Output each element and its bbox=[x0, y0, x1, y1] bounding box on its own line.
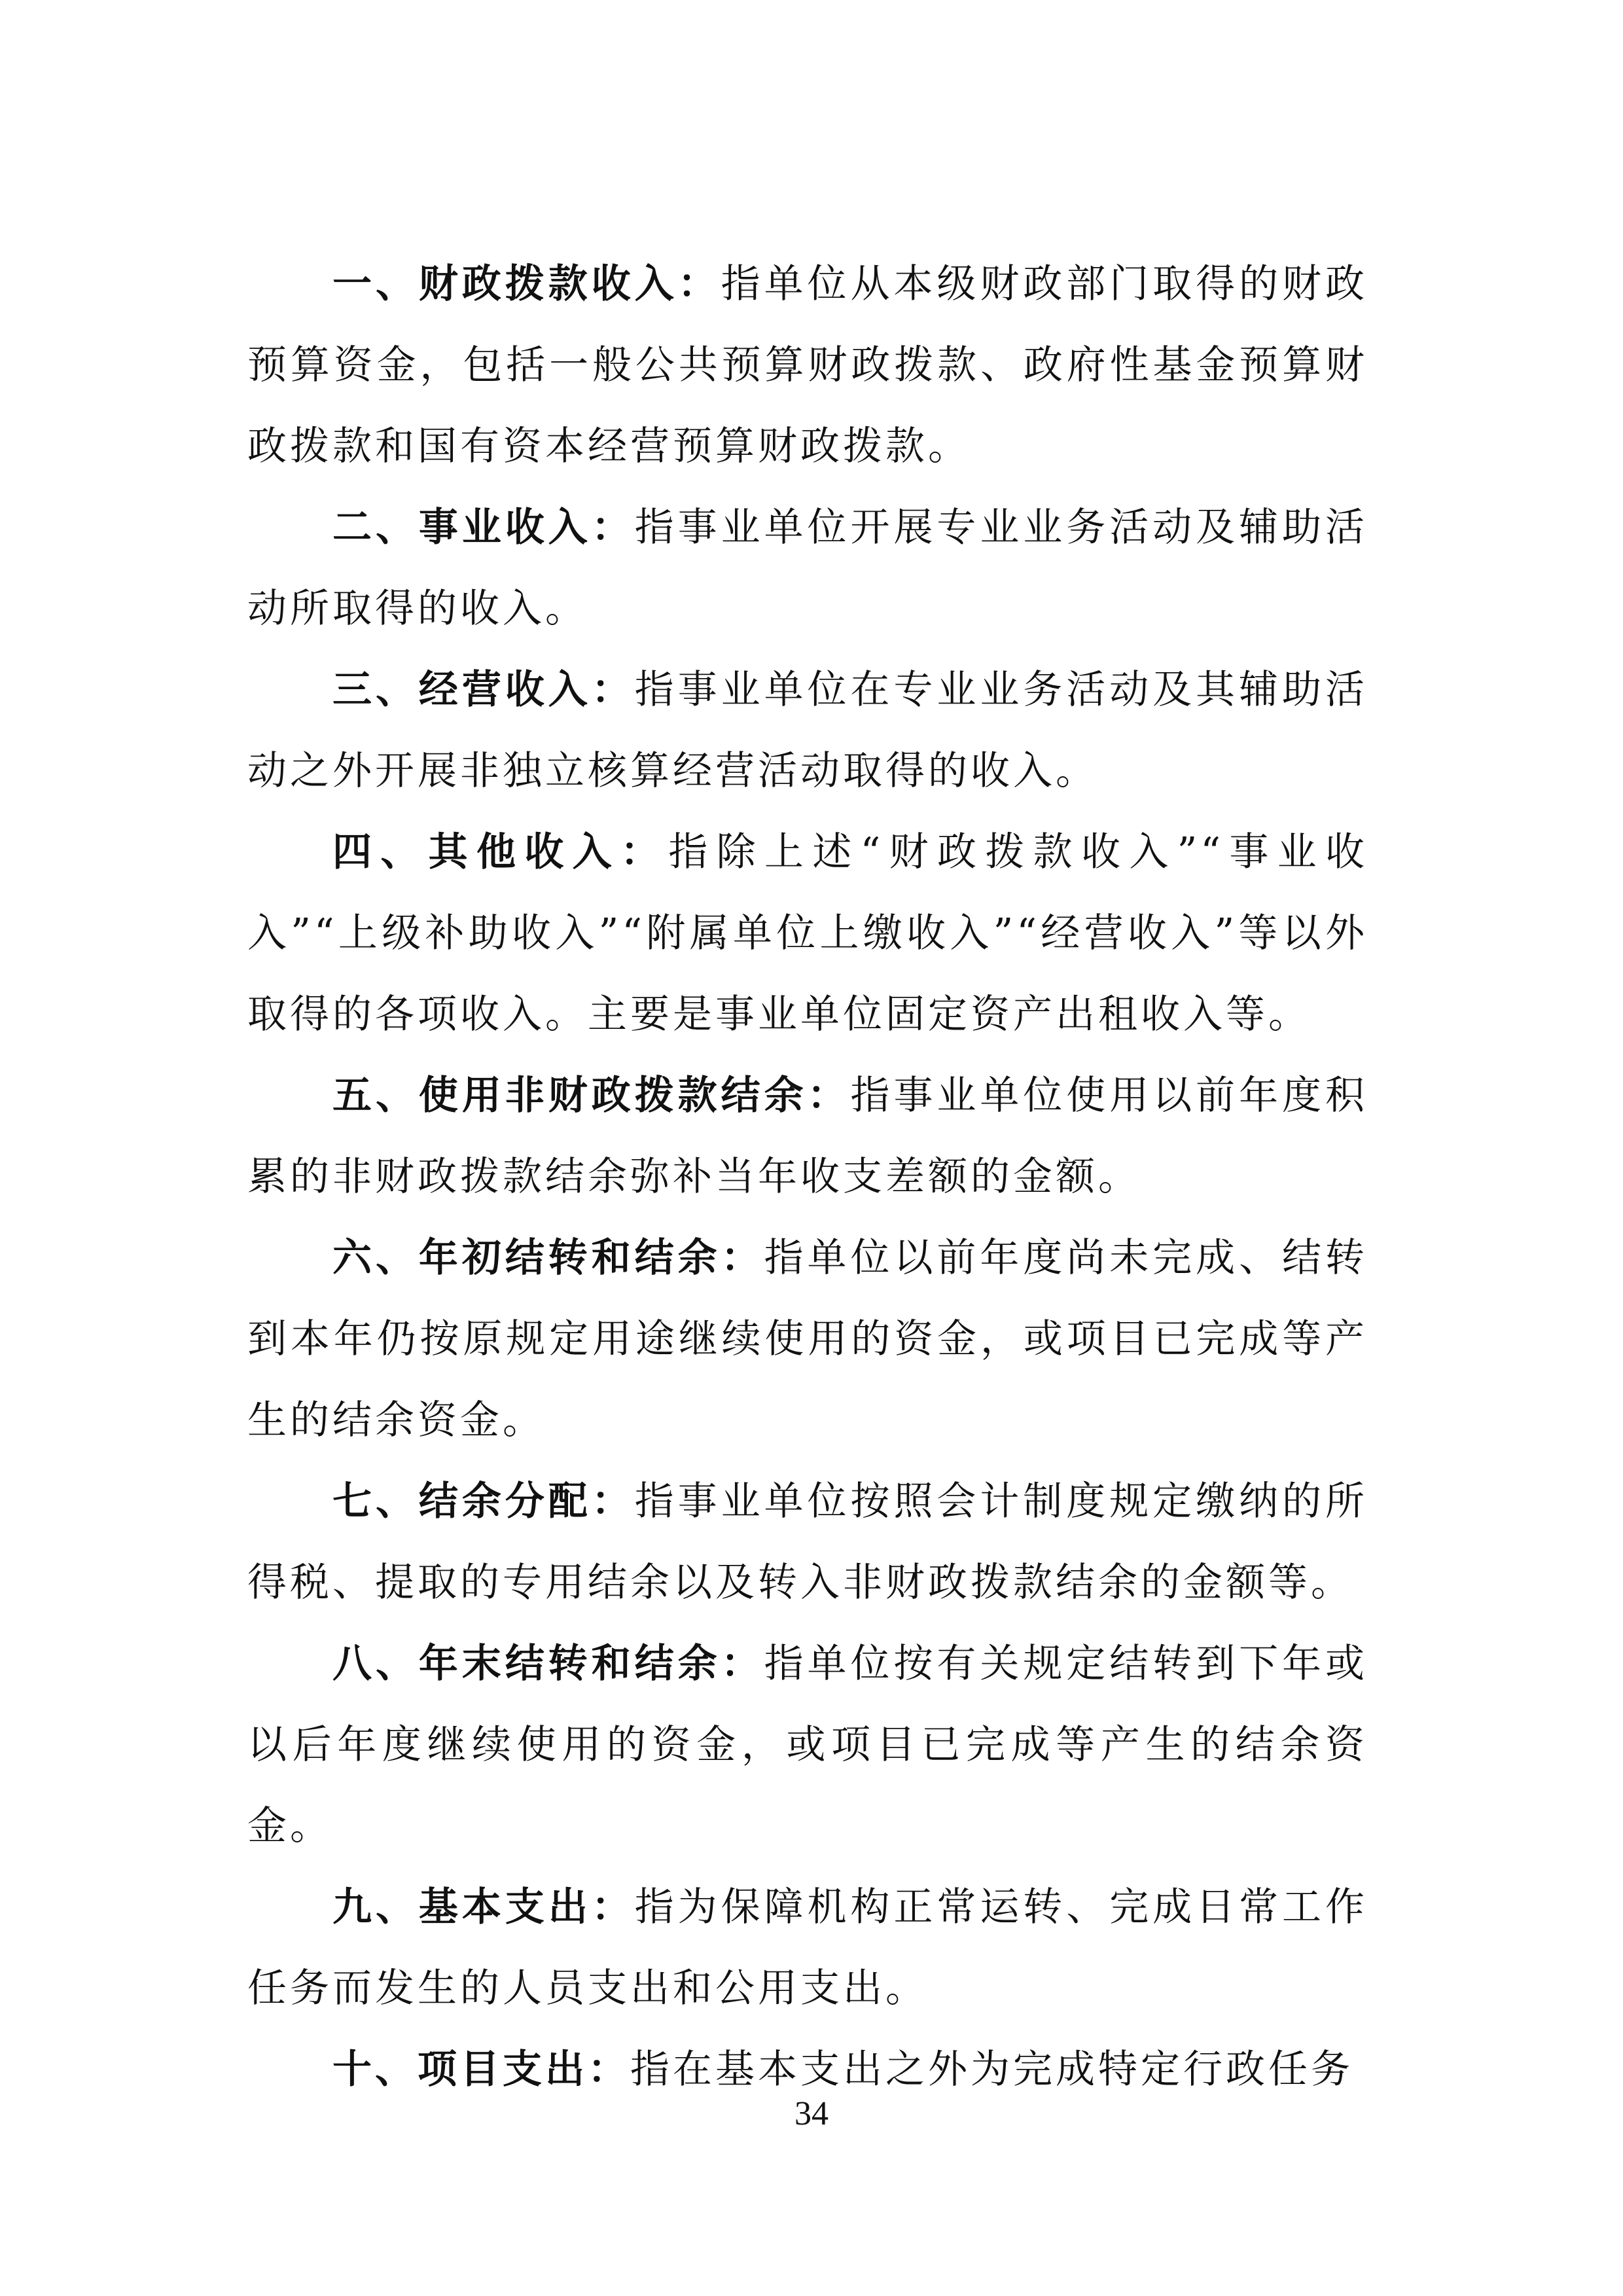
page-number: 34 bbox=[0, 2094, 1623, 2133]
definition-term: 二、事业收入： bbox=[332, 505, 635, 550]
definition-term: 四、其他收入： bbox=[332, 829, 668, 875]
definition-beginning-carryover: 六、年初结转和结余：指单位以前年度尚未完成、结转到本年仍按原规定用途继续使用的资… bbox=[247, 1217, 1368, 1461]
definition-term: 九、基本支出： bbox=[332, 1884, 635, 1930]
definition-term: 七、结余分配： bbox=[332, 1479, 635, 1524]
definition-other-income: 四、其他收入：指除上述“财政拨款收入”“事业收入”“上级补助收入”“附属单位上缴… bbox=[247, 812, 1368, 1055]
definition-business-income: 二、事业收入：指事业单位开展专业业务活动及辅助活动所取得的收入。 bbox=[247, 487, 1368, 649]
definition-term: 八、年末结转和结余： bbox=[332, 1641, 764, 1687]
definition-term: 六、年初结转和结余： bbox=[332, 1235, 764, 1281]
definition-text: 指在基本支出之外为完成特定行政任务 bbox=[630, 2047, 1353, 2092]
definition-fiscal-appropriation-income: 一、财政拨款收入：指单位从本级财政部门取得的财政预算资金，包括一般公共预算财政拨… bbox=[247, 243, 1368, 487]
document-body: 一、财政拨款收入：指单位从本级财政部门取得的财政预算资金，包括一般公共预算财政拨… bbox=[247, 243, 1368, 2110]
definition-year-end-carryover: 八、年末结转和结余：指单位按有关规定结转到下年或以后年度继续使用的资金，或项目已… bbox=[247, 1623, 1368, 1867]
definition-operating-income: 三、经营收入：指事业单位在专业业务活动及其辅助活动之外开展非独立核算经营活动取得… bbox=[247, 649, 1368, 812]
definition-term: 五、使用非财政拨款结余： bbox=[332, 1073, 850, 1119]
definition-use-of-non-fiscal-balance: 五、使用非财政拨款结余：指事业单位使用以前年度积累的非财政拨款结余弥补当年收支差… bbox=[247, 1055, 1368, 1217]
definition-term: 十、项目支出： bbox=[332, 2047, 630, 2092]
definition-term: 三、经营收入： bbox=[332, 667, 635, 713]
definition-balance-distribution: 七、结余分配：指事业单位按照会计制度规定缴纳的所得税、提取的专用结余以及转入非财… bbox=[247, 1461, 1368, 1623]
definition-basic-expenditure: 九、基本支出：指为保障机构正常运转、完成日常工作任务而发生的人员支出和公用支出。 bbox=[247, 1867, 1368, 2029]
definition-term: 一、财政拨款收入： bbox=[332, 261, 721, 307]
